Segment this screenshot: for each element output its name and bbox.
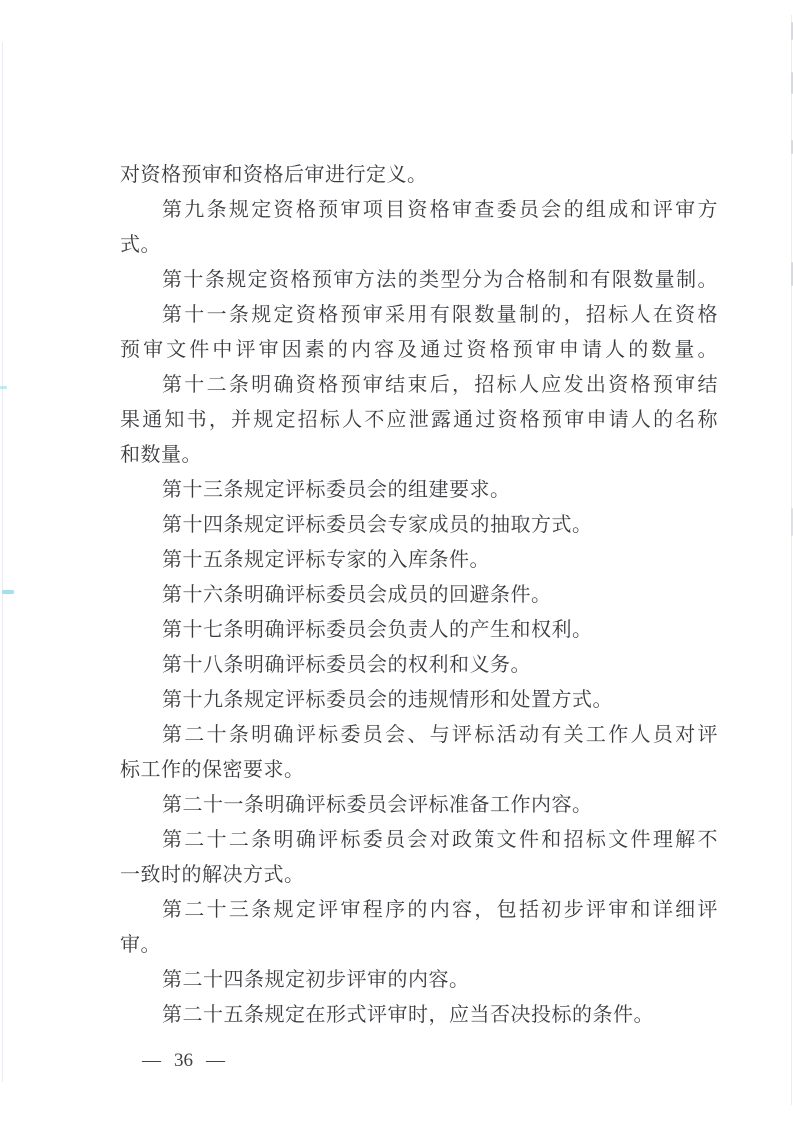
document-line: 第十条规定资格预审方法的类型分为合格制和有限数量制。	[120, 263, 718, 298]
document-line: 第十四条规定评标委员会专家成员的抽取方式。	[120, 508, 718, 543]
document-line: 第十八条明确评标委员会的权利和义务。	[120, 648, 718, 683]
document-line: 标工作的保密要求。	[120, 753, 718, 788]
document-line: 第十七条明确评标委员会负责人的产生和权利。	[120, 613, 718, 648]
scan-artifact-left-line	[2, 42, 3, 1082]
document-line: 第二十四条规定初步评审的内容。	[120, 963, 718, 998]
document-line: 第二十五条规定在形式评审时，应当否决投标的条件。	[120, 998, 718, 1033]
document-line: 果通知书，并规定招标人不应泄露通过资格预审申请人的名称	[120, 403, 718, 438]
page-number: 36	[174, 1048, 193, 1074]
document-line: 和数量。	[120, 438, 718, 473]
document-line: 一致时的解决方式。	[120, 858, 718, 893]
document-line: 第二十二条明确评标委员会对政策文件和招标文件理解不	[120, 823, 718, 858]
footer-right-dash: —	[206, 1048, 225, 1074]
document-line: 对资格预审和资格后审进行定义。	[120, 158, 718, 193]
document-line: 第二十条明确评标委员会、与评标活动有关工作人员对评	[120, 718, 718, 753]
scanned-page: { "colors": { "ink": "#3a3b3f", "paper":…	[0, 0, 793, 1122]
footer-left-dash: —	[142, 1048, 161, 1074]
scan-artifact-right-line	[791, 15, 792, 1105]
document-line: 第九条规定资格预审项目资格审查委员会的组成和评审方	[120, 193, 718, 228]
document-line: 审。	[120, 928, 718, 963]
scan-artifact-cyan-tick	[2, 590, 14, 594]
document-line: 第十九条规定评标委员会的违规情形和处置方式。	[120, 683, 718, 718]
document-line: 第十五条规定评标专家的入库条件。	[120, 543, 718, 578]
document-line: 第十二条明确资格预审结束后，招标人应发出资格预审结	[120, 368, 718, 403]
document-line: 第二十三条规定评审程序的内容，包括初步评审和详细评	[120, 893, 718, 928]
document-line: 式。	[120, 228, 718, 263]
document-line: 预审文件中评审因素的内容及通过资格预审申请人的数量。	[120, 333, 718, 368]
page-footer: — 36 —	[142, 1048, 225, 1074]
document-line: 第二十一条明确评标委员会评标准备工作内容。	[120, 788, 718, 823]
document-line: 第十三条规定评标委员会的组建要求。	[120, 473, 718, 508]
text-block: 对资格预审和资格后审进行定义。第九条规定资格预审项目资格审查委员会的组成和评审方…	[120, 158, 718, 1033]
scan-artifact-cyan-tick	[0, 386, 7, 389]
document-line: 第十六条明确评标委员会成员的回避条件。	[120, 578, 718, 613]
document-line: 第十一条规定资格预审采用有限数量制的，招标人在资格	[120, 298, 718, 333]
